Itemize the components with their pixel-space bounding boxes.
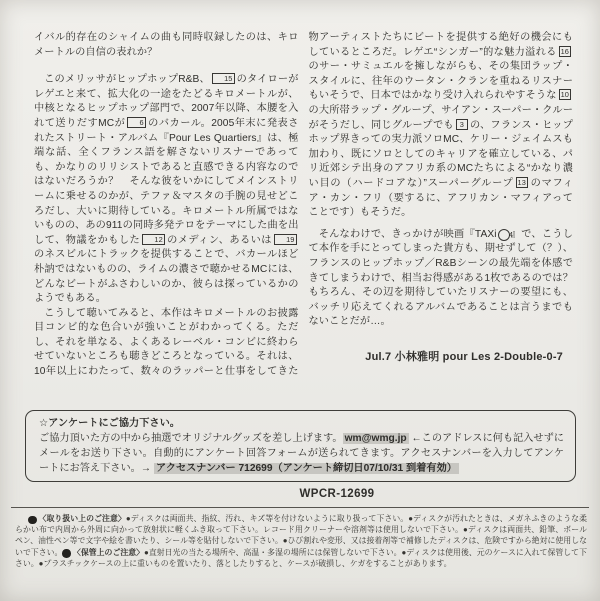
left-column: イバル的存在のシャイムの曲も同時収録したのは、キロメートルの自信の表れか？ この… <box>34 31 299 380</box>
track-number-box: 13 <box>516 177 528 188</box>
survey-box: ☆アンケートにご協力下さい。 ご協力頂いた方の中から抽選でオリジナルグッズを差し… <box>25 410 576 482</box>
track-number-box: 15 <box>212 73 235 84</box>
track-number-box: 10 <box>559 89 571 100</box>
author-signature: Jul.7 小林雅明 pour Les 2-Double-0-7 <box>309 350 574 365</box>
care-notices: 1〈取り扱い上のご注意〉●ディスクは両面共、指紋、汚れ、キズ等を付けないように取… <box>15 513 587 569</box>
bold-text: 〈取り扱い上のご注意〉 <box>39 514 126 523</box>
notice-section-number: 1 <box>28 516 37 525</box>
bold-text: 〈保管上のご注意〉 <box>73 548 144 557</box>
highlighted-text: wm@wmg.jp <box>343 433 409 444</box>
circled-number: 4 <box>498 229 510 241</box>
track-number-box: 6 <box>127 117 145 128</box>
paragraph: 物アーティストたちにビートを提供する絶好の機会にもしているところだ。レゲエ“シン… <box>309 31 574 221</box>
catalog-number: WPCR-12699 <box>37 488 600 500</box>
paragraph: イバル的存在のシャイムの曲も同時収録したのは、キロメートルの自信の表れか？ <box>34 31 299 60</box>
track-number-box: 16 <box>559 46 571 57</box>
article-text: イバル的存在のシャイムの曲も同時収録したのは、キロメートルの自信の表れか？ この… <box>0 0 600 380</box>
highlighted-text: アクセスナンバー 712699（アンケート締切日07/10/31 到着有効） <box>154 463 459 474</box>
notice-section-number: 2 <box>62 549 71 558</box>
paragraph: そんなわけで、きっかけが映画『TAXi4』で、こうして本作を手にとってしまった貴… <box>309 228 574 330</box>
right-column: 物アーティストたちにビートを提供する絶好の機会にもしているところだ。レゲエ“シン… <box>309 31 574 380</box>
paragraph: このメリッサがヒップホップR&B、15のタイローがレゲエと来て、拡大化の一途をた… <box>34 73 299 307</box>
survey-title: ☆アンケートにご協力下さい。 <box>39 416 564 431</box>
track-number-box: 3 <box>456 119 468 130</box>
survey-body: ご協力頂いた方の中から抽選でオリジナルグッズを差し上げます。wm@wmg.jp … <box>39 431 564 476</box>
track-number-box: 12 <box>142 234 165 245</box>
liner-notes-page: イバル的存在のシャイムの曲も同時収録したのは、キロメートルの自信の表れか？ この… <box>0 0 600 601</box>
paragraph: こうして聴いてみると、本作はキロメートルのお披露目コンビ的な色合いが強いことがわ… <box>34 307 299 380</box>
track-number-box: 19 <box>274 234 297 245</box>
divider-line <box>11 507 589 508</box>
